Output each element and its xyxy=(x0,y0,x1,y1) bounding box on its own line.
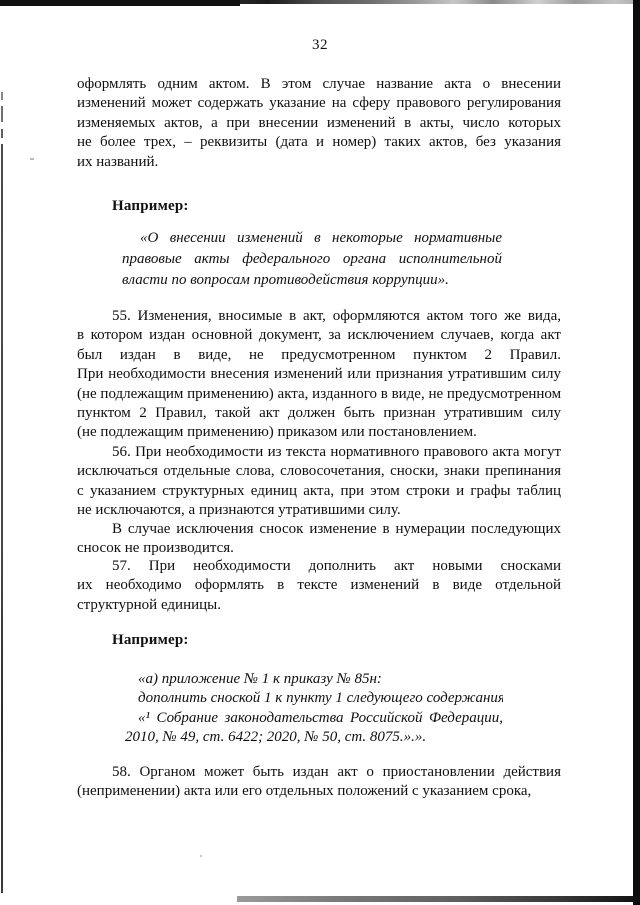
text-line: в котором издан основной документ, за ис… xyxy=(77,326,561,345)
quote-line: правовые акты федерального органа исполн… xyxy=(122,249,502,270)
text-line: изменений может содержать указание на сф… xyxy=(77,94,561,113)
paragraph-58: 58. Органом может быть издан акт о приос… xyxy=(77,763,561,802)
paragraph-56-note: В случае исключения сносок изменение в н… xyxy=(77,520,561,559)
text-line: оформлять одним актом. В этом случае наз… xyxy=(77,75,561,94)
scan-edge-top-dark xyxy=(0,0,240,6)
page-number: 32 xyxy=(0,37,640,54)
document-page: 32 оформлять одним актом. В этом случае … xyxy=(0,0,640,905)
quote-line: 2010, № 49, ст. 6422; 2020, № 50, ст. 80… xyxy=(125,728,503,747)
paragraph-intro: оформлять одним актом. В этом случае наз… xyxy=(77,75,561,172)
scan-edge-top xyxy=(0,0,640,4)
text-line: 56. При необходимости из текста норматив… xyxy=(77,443,561,462)
example-quote-1: «О внесении изменений в некоторые нормат… xyxy=(122,228,502,291)
paragraph-55: 55. Изменения, вносимые в акт, оформляют… xyxy=(77,307,561,443)
text-line: не более трех, – реквизиты (дата и номер… xyxy=(77,133,561,152)
scan-speck xyxy=(200,855,202,857)
text-line: В случае исключения сносок изменение в н… xyxy=(77,520,561,539)
text-line: (неприменении) акта или его отдельных по… xyxy=(77,782,561,801)
quote-line: «а) приложение № 1 к приказу № 85н: xyxy=(125,670,503,689)
text-line: сносок не производится. xyxy=(77,539,561,558)
text-line: (не подлежащим применению) акта, изданно… xyxy=(77,385,561,404)
text-line: 55. Изменения, вносимые в акт, оформляют… xyxy=(77,307,561,326)
text-line: был издан в виде, не предусмотренном пун… xyxy=(77,346,561,365)
paragraph-57: 57. При необходимости дополнить акт новы… xyxy=(77,557,561,615)
text-line: 58. Органом может быть издан акт о приос… xyxy=(77,763,561,782)
text-line: их необходимо оформлять в тексте изменен… xyxy=(77,576,561,595)
scan-edge-left xyxy=(1,92,3,893)
scan-speck xyxy=(30,158,34,160)
text-line: изменяемых актов, а при внесении изменен… xyxy=(77,114,561,133)
example-quote-2: «а) приложение № 1 к приказу № 85н: допо… xyxy=(125,670,503,748)
text-line: их названий. xyxy=(77,153,561,172)
text-line: (не подлежащим применению) приказом или … xyxy=(77,423,561,442)
text-line: При необходимости внесения изменений или… xyxy=(77,365,561,384)
quote-line: «¹ Собрание законодательства Российской … xyxy=(125,709,503,728)
example-label-2: Например: xyxy=(112,632,189,649)
text-line: пунктом 2 Правил, такой акт должен быть … xyxy=(77,404,561,423)
example-label-1: Например: xyxy=(112,198,189,215)
text-line: не исключаются, а признаются утратившими… xyxy=(77,501,561,520)
scan-edge-bottom xyxy=(237,896,640,902)
text-line: исключаться отдельные слова, словосочета… xyxy=(77,462,561,481)
text-line: структурной единицы. xyxy=(77,596,561,615)
text-line: 57. При необходимости дополнить акт новы… xyxy=(77,557,561,576)
paragraph-56: 56. При необходимости из текста норматив… xyxy=(77,443,561,521)
quote-line: дополнить сноской 1 к пункту 1 следующег… xyxy=(125,689,503,708)
quote-line: власти по вопросам противодействия корру… xyxy=(122,270,502,291)
quote-line: «О внесении изменений в некоторые нормат… xyxy=(122,228,502,249)
scan-edge-right xyxy=(633,0,640,905)
text-line: с указанием структурных единиц акта, при… xyxy=(77,482,561,501)
